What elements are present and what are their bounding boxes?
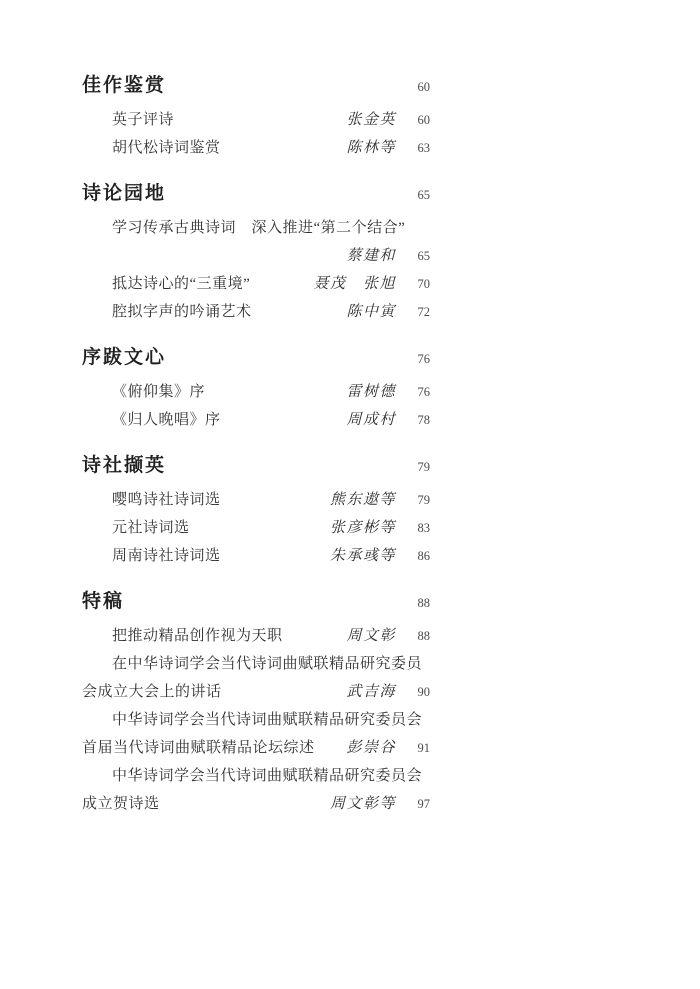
entry-meta: 彭崇谷91 (346, 734, 430, 762)
entry-author: 周成村 (346, 412, 396, 428)
entry-author: 熊东遨等 (330, 492, 396, 508)
entry-meta: 武吉海90 (346, 678, 430, 706)
entry-page-number: 65 (410, 242, 430, 270)
entry-author: 张金英 (346, 112, 396, 128)
toc-entry: 胡代松诗词鉴赏陈林等63 (82, 134, 430, 162)
entry-author: 聂茂 张旭 (313, 276, 396, 292)
section-heading-row: 诗论园地 65 (82, 180, 430, 208)
entry-author: 周文彰等 (330, 796, 396, 812)
entry-page-number: 88 (410, 622, 430, 650)
toc-entry: 元社诗词选张彦彬等83 (82, 514, 430, 542)
entry-author: 蔡建和 (346, 248, 396, 264)
entry-page-number: 76 (410, 378, 430, 406)
section-heading: 佳作鉴赏 (82, 72, 166, 100)
toc-section: 特稿 88 把推动精品创作视为天职周文彰88 在中华诗词学会当代诗词曲赋联精品研… (82, 588, 430, 818)
entry-title: 《俯仰集》序 (112, 384, 205, 400)
entry-page-number: 86 (410, 542, 430, 570)
toc-entry: 中华诗词学会当代诗词曲赋联精品研究委员会首届当代诗词曲赋联精品论坛综述彭崇谷91 (82, 706, 430, 762)
entry-meta: 周成村78 (346, 406, 430, 434)
toc-entry: 周南诗社诗词选朱承彧等86 (82, 542, 430, 570)
section-entries: 《俯仰集》序雷树德76 《归人晚唱》序周成村78 (82, 378, 430, 434)
toc-content: 佳作鉴赏 60 英子评诗张金英60 胡代松诗词鉴赏陈林等63 诗论园地 65 学… (82, 72, 430, 836)
entry-meta: 雷树德76 (346, 378, 430, 406)
entry-meta: 朱承彧等86 (330, 542, 430, 570)
entry-page-number: 78 (410, 406, 430, 434)
entry-author: 陈林等 (346, 140, 396, 156)
entry-page-number: 79 (410, 486, 430, 514)
entry-page-number: 70 (410, 270, 430, 298)
toc-entry: 《俯仰集》序雷树德76 (82, 378, 430, 406)
entry-title: 学习传承古典诗词 深入推进“第二个结合” (112, 220, 405, 236)
entry-meta: 周文彰等97 (330, 790, 430, 818)
entry-title: 嘤鸣诗社诗词选 (112, 492, 221, 508)
entry-meta: 周文彰88 (346, 622, 430, 650)
section-entries: 嘤鸣诗社诗词选熊东遨等79 元社诗词选张彦彬等83 周南诗社诗词选朱承彧等86 (82, 486, 430, 570)
entry-meta: 陈中寅72 (346, 298, 430, 326)
toc-entry: 在中华诗词学会当代诗词曲赋联精品研究委员会成立大会上的讲话武吉海90 (82, 650, 430, 706)
section-heading: 诗论园地 (82, 180, 166, 208)
section-heading-row: 序跋文心 76 (82, 344, 430, 372)
entry-page-number: 60 (410, 106, 430, 134)
entry-meta: 蔡建和65 (346, 242, 430, 270)
entry-author: 彭崇谷 (346, 740, 396, 756)
section-page-number: 60 (410, 73, 430, 101)
entry-author: 雷树德 (346, 384, 396, 400)
entry-page-number: 97 (410, 790, 430, 818)
section-heading-row: 佳作鉴赏 60 (82, 72, 430, 100)
entry-page-number: 90 (410, 678, 430, 706)
entry-title: 元社诗词选 (112, 520, 190, 536)
section-entries: 英子评诗张金英60 胡代松诗词鉴赏陈林等63 (82, 106, 430, 162)
entry-page-number: 91 (410, 734, 430, 762)
section-heading: 序跋文心 (82, 344, 166, 372)
toc-entry: 嘤鸣诗社诗词选熊东遨等79 (82, 486, 430, 514)
toc-entry: 抵达诗心的“三重境”聂茂 张旭70 (82, 270, 430, 298)
entry-author: 张彦彬等 (330, 520, 396, 536)
entry-meta: 张彦彬等83 (330, 514, 430, 542)
toc-entry: 把推动精品创作视为天职周文彰88 (82, 622, 430, 650)
section-entries: 把推动精品创作视为天职周文彰88 在中华诗词学会当代诗词曲赋联精品研究委员会成立… (82, 622, 430, 818)
toc-section: 诗社撷英 79 嘤鸣诗社诗词选熊东遨等79 元社诗词选张彦彬等83 周南诗社诗词… (82, 452, 430, 570)
toc-section: 佳作鉴赏 60 英子评诗张金英60 胡代松诗词鉴赏陈林等63 (82, 72, 430, 162)
toc-entry: 英子评诗张金英60 (82, 106, 430, 134)
entry-meta: 熊东遨等79 (330, 486, 430, 514)
section-page-number: 76 (410, 345, 430, 373)
section-entries: 学习传承古典诗词 深入推进“第二个结合”蔡建和65 抵达诗心的“三重境”聂茂 张… (82, 214, 430, 326)
entry-meta: 陈林等63 (346, 134, 430, 162)
entry-title: 抵达诗心的“三重境” (112, 276, 250, 292)
section-page-number: 65 (410, 181, 430, 209)
toc-entry: 《归人晚唱》序周成村78 (82, 406, 430, 434)
entry-author: 武吉海 (346, 684, 396, 700)
section-heading: 特稿 (82, 588, 124, 616)
entry-title: 腔拟字声的吟诵艺术 (112, 304, 252, 320)
toc-section: 序跋文心 76 《俯仰集》序雷树德76 《归人晚唱》序周成村78 (82, 344, 430, 434)
section-heading-row: 诗社撷英 79 (82, 452, 430, 480)
entry-meta: 聂茂 张旭70 (313, 270, 430, 298)
entry-author: 周文彰 (346, 628, 396, 644)
entry-title: 周南诗社诗词选 (112, 548, 221, 564)
toc-entry: 中华诗词学会当代诗词曲赋联精品研究委员会成立贺诗选周文彰等97 (82, 762, 430, 818)
entry-title: 英子评诗 (112, 112, 174, 128)
entry-title: 把推动精品创作视为天职 (112, 628, 283, 644)
entry-title: 胡代松诗词鉴赏 (112, 140, 221, 156)
entry-page-number: 83 (410, 514, 430, 542)
entry-author: 朱承彧等 (330, 548, 396, 564)
entry-title: 《归人晚唱》序 (112, 412, 221, 428)
entry-author: 陈中寅 (346, 304, 396, 320)
section-heading-row: 特稿 88 (82, 588, 430, 616)
toc-section: 诗论园地 65 学习传承古典诗词 深入推进“第二个结合”蔡建和65 抵达诗心的“… (82, 180, 430, 326)
section-page-number: 88 (410, 589, 430, 617)
toc-entry: 腔拟字声的吟诵艺术陈中寅72 (82, 298, 430, 326)
section-heading: 诗社撷英 (82, 452, 166, 480)
toc-page: 佳作鉴赏 60 英子评诗张金英60 胡代松诗词鉴赏陈林等63 诗论园地 65 学… (0, 0, 700, 989)
entry-page-number: 63 (410, 134, 430, 162)
entry-meta: 张金英60 (346, 106, 430, 134)
section-page-number: 79 (410, 453, 430, 481)
entry-page-number: 72 (410, 298, 430, 326)
toc-entry: 学习传承古典诗词 深入推进“第二个结合”蔡建和65 (82, 214, 430, 270)
